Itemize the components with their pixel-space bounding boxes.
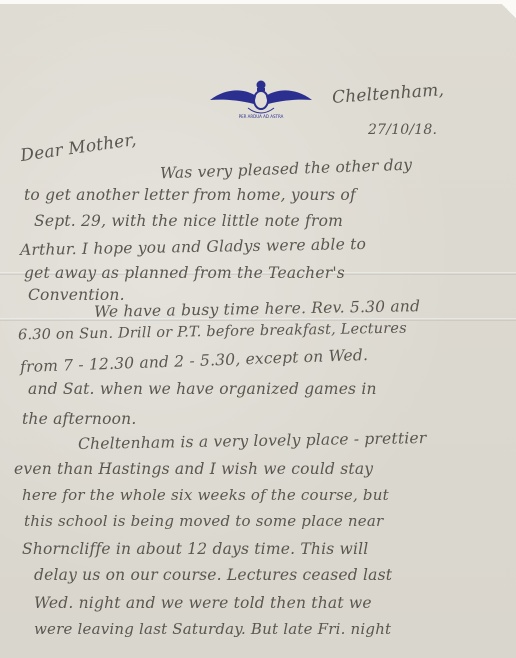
letter-line: delay us on our course. Lectures ceased …	[34, 566, 392, 584]
letter-line: Shorncliffe in about 12 days time. This …	[22, 540, 368, 558]
letter-line: this school is being moved to some place…	[24, 512, 383, 530]
letter-line: get away as planned from the Teacher's	[24, 264, 345, 282]
letter-line: to get another letter from home, yours o…	[24, 186, 356, 204]
letter-date: 27/10/18.	[368, 122, 437, 138]
raf-wings-crest-icon: PER ARDUA AD ASTRA	[208, 78, 314, 122]
letter-line: here for the whole six weeks of the cour…	[22, 486, 389, 504]
letter-line: were leaving last Saturday. But late Fri…	[34, 620, 391, 638]
letter-line: Convention.	[28, 286, 125, 304]
letter-line: Sept. 29, with the nice little note from	[34, 212, 343, 230]
letter-line: the afternoon.	[22, 410, 136, 428]
svg-text:PER ARDUA AD ASTRA: PER ARDUA AD ASTRA	[239, 114, 284, 119]
letter-line: even than Hastings and I wish we could s…	[14, 460, 373, 478]
letter-line: and Sat. when we have organized games in	[28, 380, 377, 398]
letter-line: Wed. night and we were told then that we	[34, 594, 372, 612]
paper-fold-line	[0, 318, 516, 321]
page-corner	[498, 0, 516, 18]
